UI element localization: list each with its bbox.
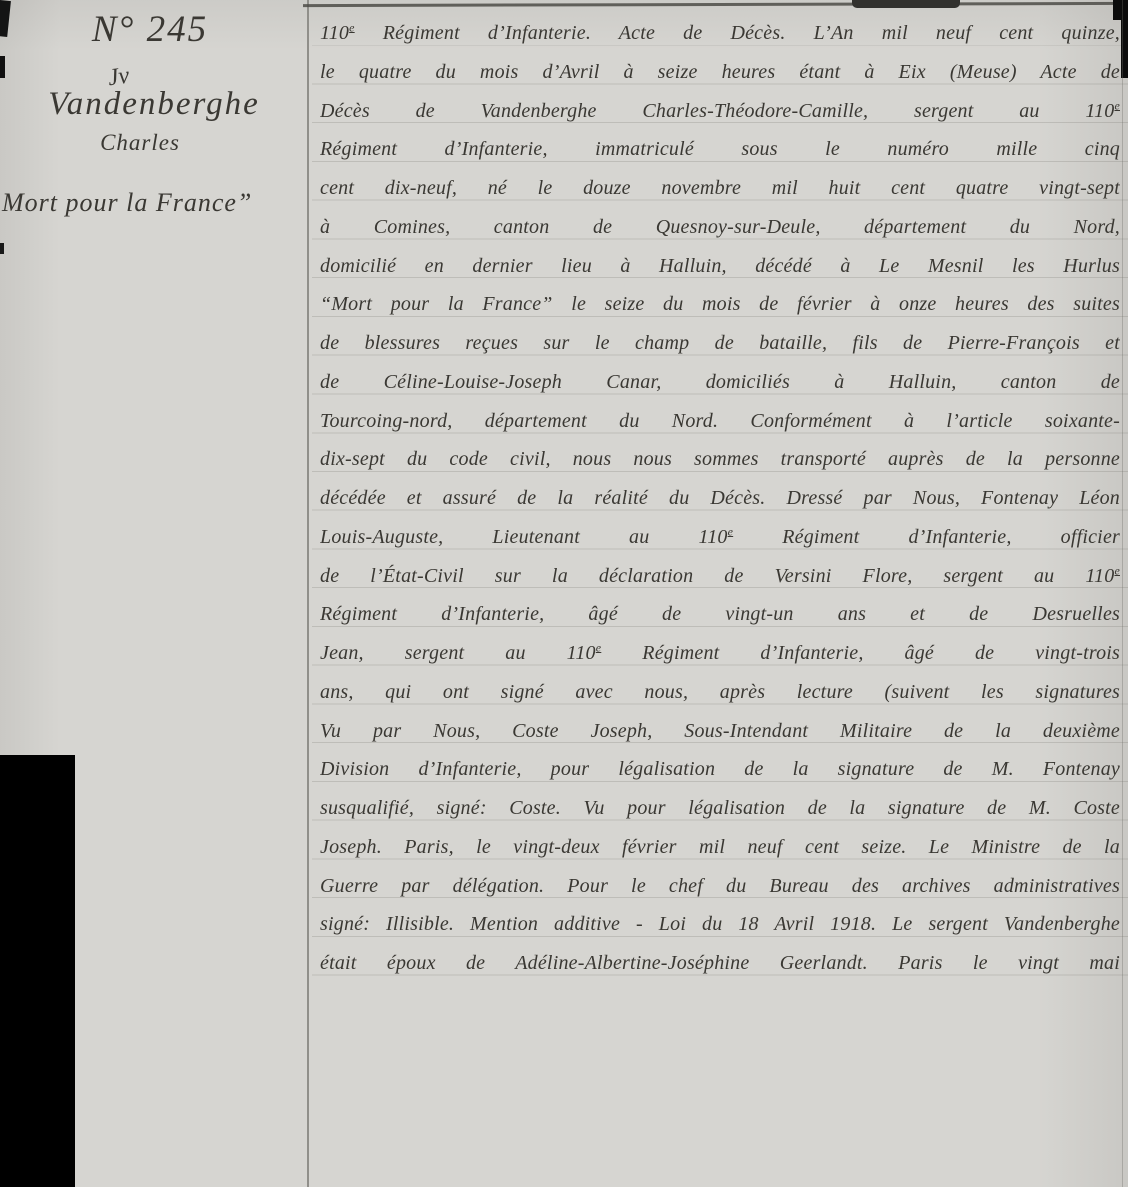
- manuscript-line: “Mort pour la France” le seize du mois d…: [320, 285, 1120, 324]
- manuscript-line: ans, qui ont signé avec nous, après lect…: [320, 673, 1120, 712]
- scan-artifact-top: [852, 0, 960, 8]
- manuscript-line: domicilié en dernier lieu à Halluin, déc…: [320, 247, 1120, 286]
- manuscript-column: 110e Régiment d’Infanterie. Acte de Décè…: [312, 0, 1128, 1187]
- manuscript-line: cent dix-neuf, né le douze novembre mil …: [320, 169, 1120, 208]
- manuscript-line: signé: Illisible. Mention additive - Loi…: [320, 905, 1120, 944]
- manuscript-line: 110e Régiment d’Infanterie. Acte de Décè…: [320, 14, 1120, 53]
- manuscript-line: Régiment d’Infanterie, immatriculé sous …: [320, 130, 1120, 169]
- manuscript-line: susqualifié, signé: Coste. Vu pour légal…: [320, 789, 1120, 828]
- manuscript-line: à Comines, canton de Quesnoy-sur-Deule, …: [320, 208, 1120, 247]
- manuscript-line: de l’État-Civil sur la déclaration de Ve…: [320, 557, 1120, 596]
- scan-artifact-top-right: [1113, 0, 1128, 20]
- manuscript-line: était époux de Adéline-Albertine-Joséphi…: [320, 944, 1120, 983]
- manuscript-line: Joseph. Paris, le vingt-deux février mil…: [320, 828, 1120, 867]
- manuscript-text: 110e Régiment d’Infanterie. Acte de Décè…: [320, 14, 1120, 983]
- paper-edge-line: [1122, 0, 1123, 1187]
- scan-artifact-left-edge: [0, 56, 5, 78]
- deceased-given-name: Charles: [0, 130, 280, 156]
- manuscript-line: Régiment d’Infanterie, âgé de vingt-un a…: [320, 595, 1120, 634]
- deceased-surname: Vandenberghe: [14, 86, 294, 123]
- redaction-block-bottom-left: [0, 755, 75, 1187]
- manuscript-line: Guerre par délégation. Pour le chef du B…: [320, 867, 1120, 906]
- act-number: N° 245: [0, 8, 300, 51]
- manuscript-line: Vu par Nous, Coste Joseph, Sous-Intendan…: [320, 712, 1120, 751]
- manuscript-line: Tourcoing-nord, département du Nord. Con…: [320, 402, 1120, 441]
- manuscript-line: Jean, sergent au 110e Régiment d’Infante…: [320, 634, 1120, 673]
- death-register-page: N° 245 Jv Vandenberghe Charles Mort pour…: [0, 0, 1128, 1187]
- manuscript-line: dix-sept du code civil, nous nous sommes…: [320, 440, 1120, 479]
- manuscript-line: Division d’Infanterie, pour légalisation…: [320, 750, 1120, 789]
- manuscript-line: Louis-Auguste, Lieutenant au 110e Régime…: [320, 518, 1120, 557]
- manuscript-line: le quatre du mois d’Avril à seize heures…: [320, 53, 1120, 92]
- scan-artifact-left-edge: [0, 243, 4, 254]
- mort-pour-la-france-mention: Mort pour la France”: [2, 188, 302, 218]
- manuscript-line: de Céline-Louise-Joseph Canar, domicilié…: [320, 363, 1120, 402]
- manuscript-line: décédée et assuré de la réalité du Décès…: [320, 479, 1120, 518]
- manuscript-line: de blessures reçues sur le champ de bata…: [320, 324, 1120, 363]
- manuscript-line: Décès de Vandenberghe Charles-Théodore-C…: [320, 92, 1120, 131]
- margin-rule-line: [307, 0, 309, 1187]
